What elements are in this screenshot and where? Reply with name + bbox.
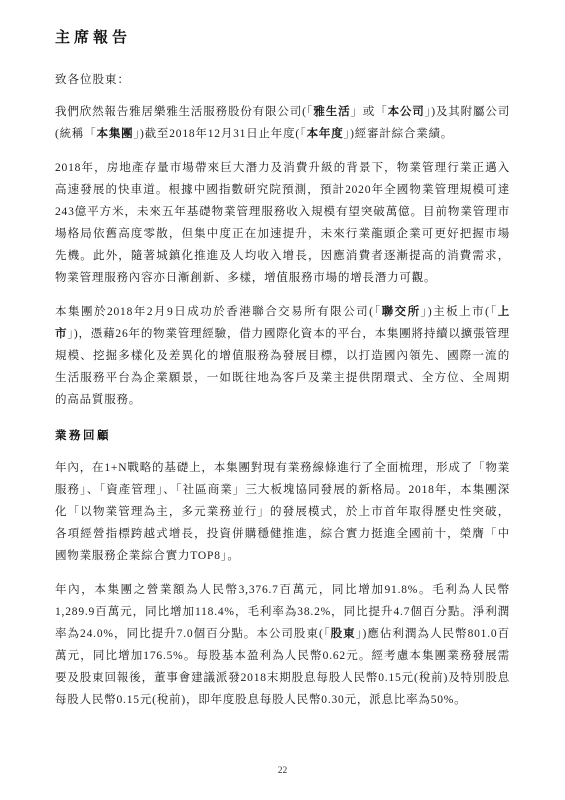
salutation: 致各位股東： [55, 71, 510, 87]
bold-term: 聯交所 [382, 306, 421, 318]
paragraph: 年內，本集團之營業額為人民幣3,376.7百萬元，同比增加91.8%。毛利為人民… [55, 579, 510, 711]
text-run: 2018年，房地產存量市場帶來巨大潛力及消費升級的背景下，物業管理行業正邁入高速… [55, 162, 510, 284]
bold-term: 本集團 [97, 128, 134, 140]
text-run: 我們欣然報告雅居樂雅生活服務股份有限公司(「 [55, 106, 313, 118]
paragraph: 我們欣然報告雅居樂雅生活服務股份有限公司(「雅生活」或「本公司」)及其附屬公司(… [55, 101, 510, 145]
bold-term: 本年度 [307, 128, 344, 140]
bold-term: 雅生活 [313, 106, 350, 118]
paragraph: 年內，在1+N戰略的基礎上，本集團對現有業務線條進行了全面梳理，形成了「物業服務… [55, 457, 510, 567]
text-run: 」)主板上市(「 [421, 306, 498, 318]
text-run: 」)截至2018年12月31日止年度(「 [133, 128, 306, 140]
bold-term: 本公司 [388, 106, 425, 118]
text-run: 」)，憑藉26年的物業管理經驗，借力國際化資本的平台，本集團將持續以擴張管理規模… [55, 328, 510, 406]
section-heading: 業務回顧 [55, 427, 510, 443]
page-title: 主席報告 [55, 26, 510, 47]
text-run: 」)經審計綜合業績。 [344, 128, 454, 140]
report-body: 我們欣然報告雅居樂雅生活服務股份有限公司(「雅生活」或「本公司」)及其附屬公司(… [55, 101, 510, 711]
paragraph: 本集團於2018年2月9日成功於香港聯合交易所有限公司(「聯交所」)主板上市(「… [55, 301, 510, 411]
page-number: 22 [0, 766, 565, 776]
report-page: 主席報告 致各位股東： 我們欣然報告雅居樂雅生活服務股份有限公司(「雅生活」或「… [0, 0, 565, 800]
paragraph: 2018年，房地產存量市場帶來巨大潛力及消費升級的背景下，物業管理行業正邁入高速… [55, 157, 510, 289]
text-run: 」或「 [350, 106, 387, 118]
text-run: 年內，在1+N戰略的基礎上，本集團對現有業務線條進行了全面梳理，形成了「物業服務… [55, 462, 510, 562]
text-run: 本集團於2018年2月9日成功於香港聯合交易所有限公司(「 [55, 306, 382, 318]
bold-term: 股東 [331, 628, 356, 640]
